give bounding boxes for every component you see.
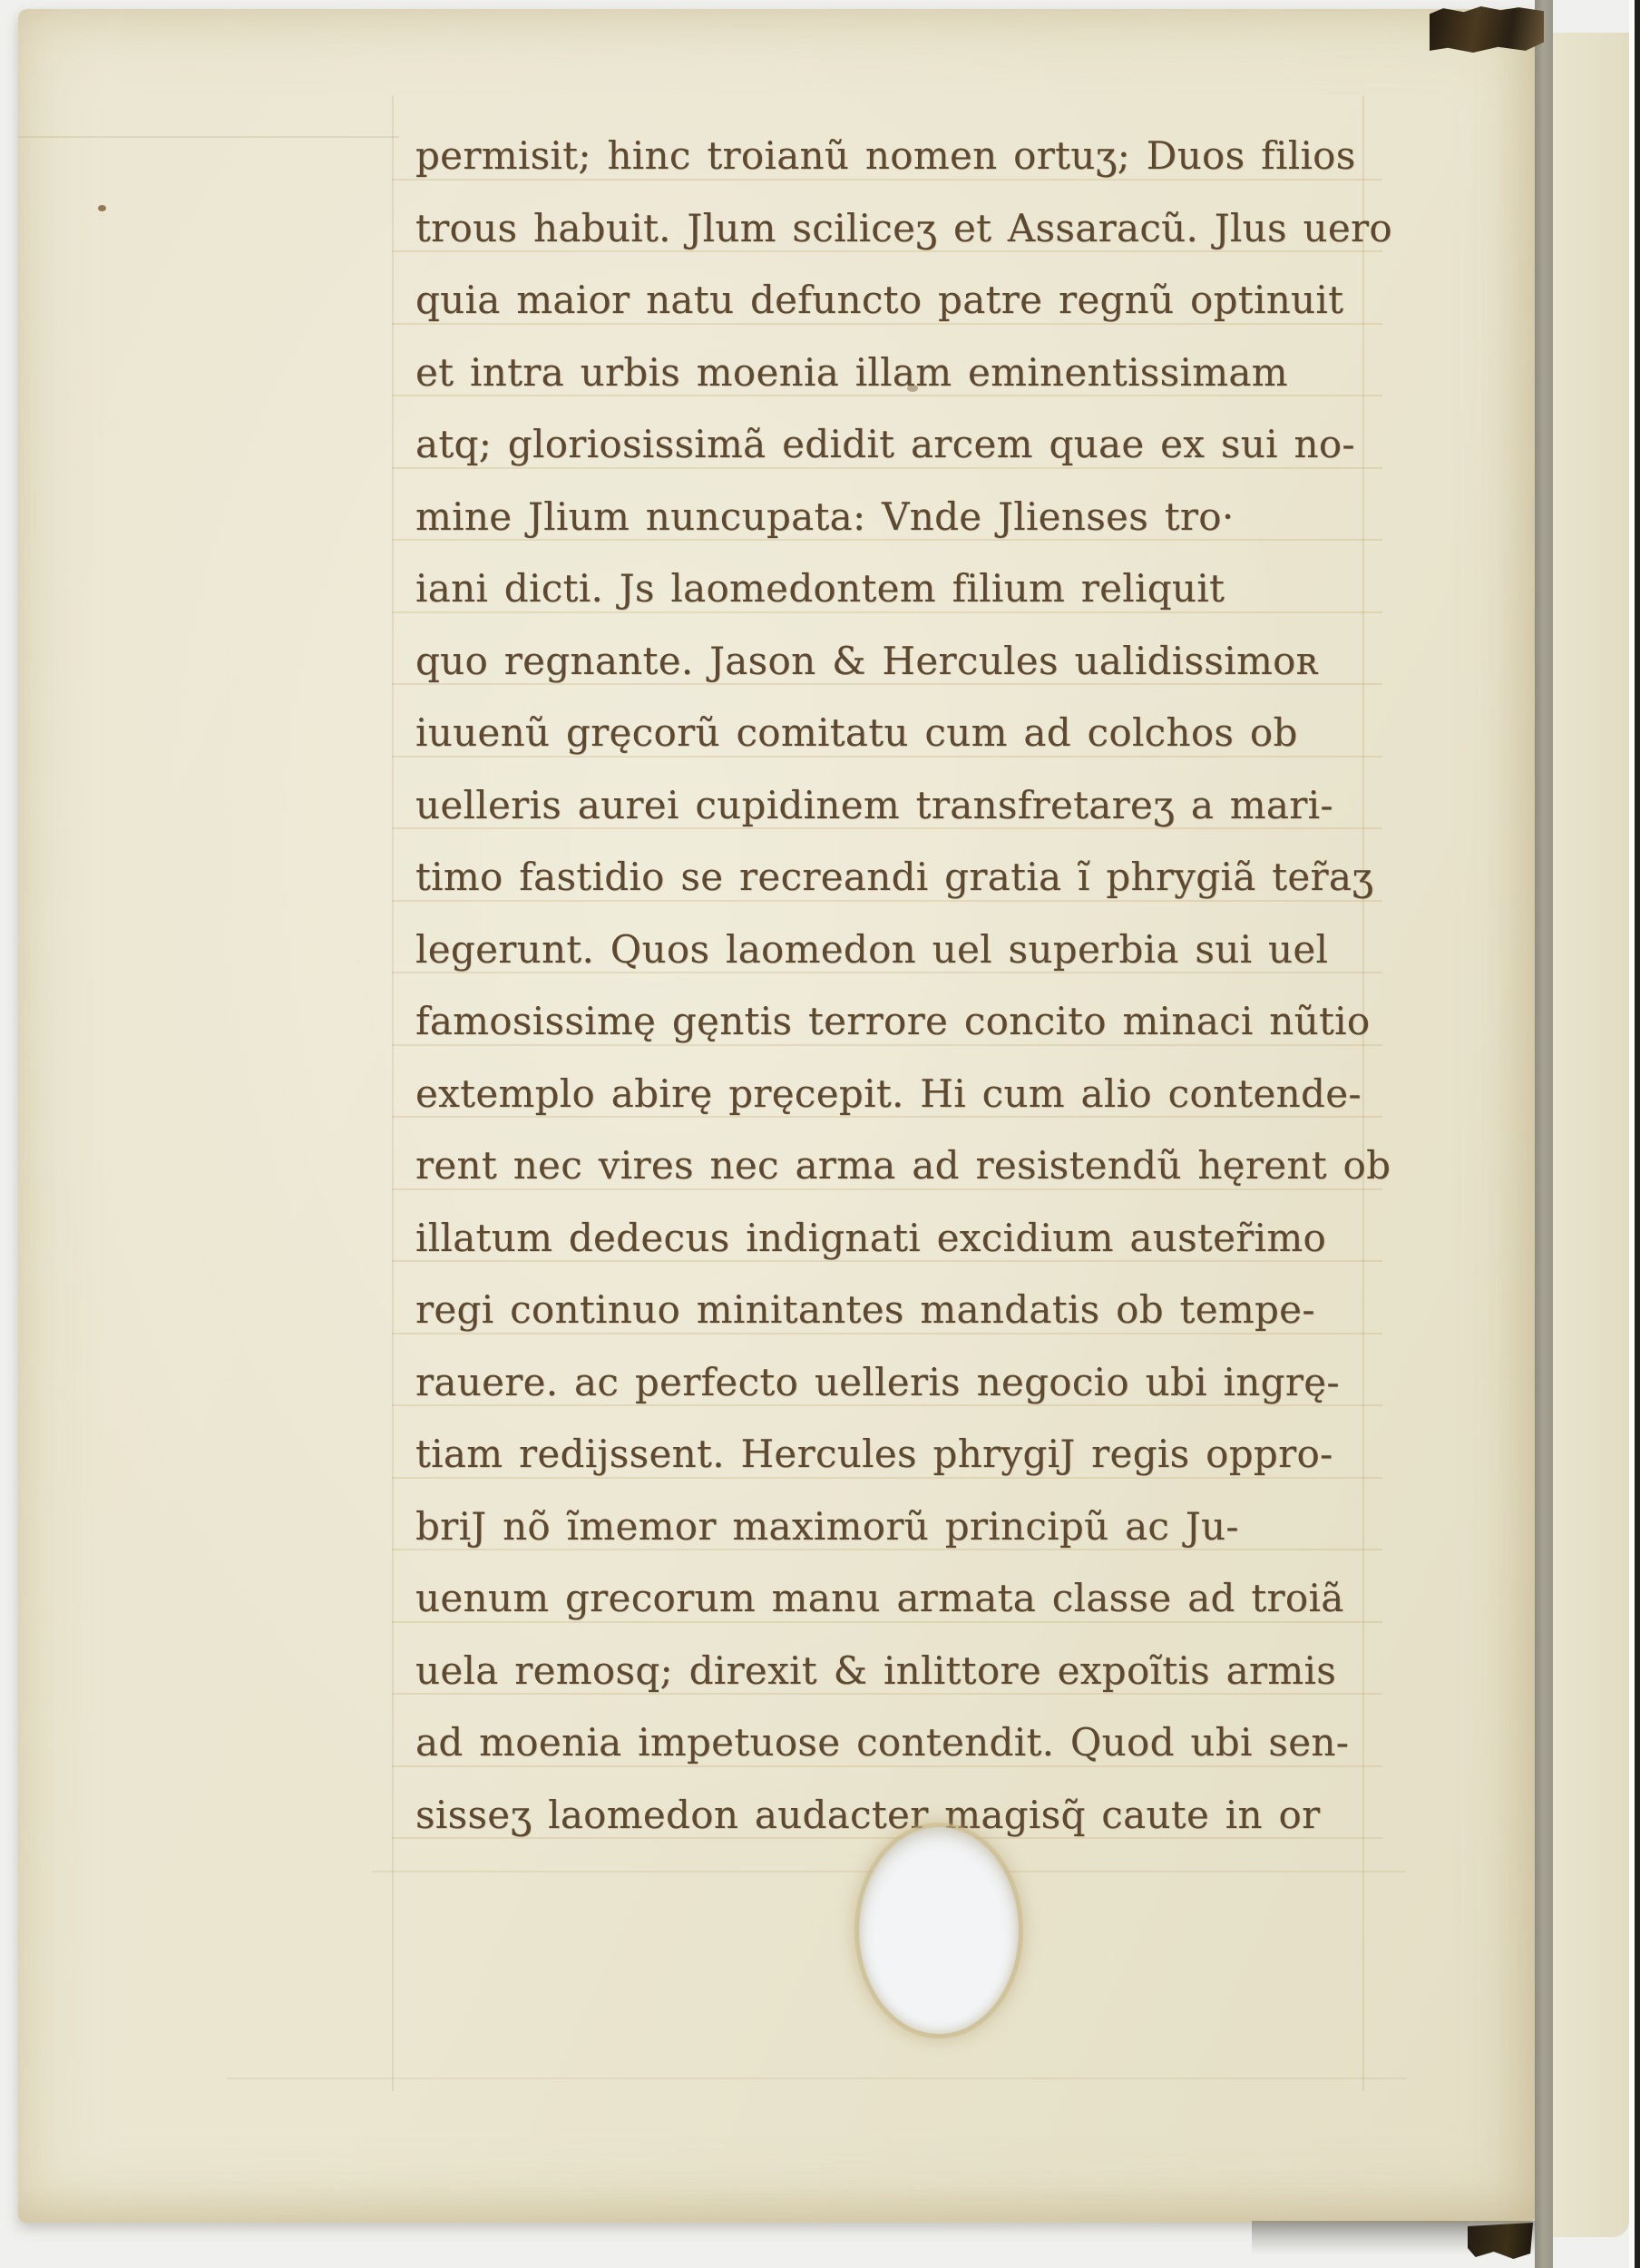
text-line: quia maior natu defuncto patre regnũ opt… <box>415 264 1391 337</box>
text-line: quo regnante. Jason & Hercules ualidissi… <box>415 625 1391 698</box>
ink-speck <box>98 205 106 211</box>
text-line: timo fastidio se recreandi gratia ĩ phry… <box>415 841 1391 914</box>
text-line: briJ nõ ĩmemor maximorũ principũ ac Ju- <box>415 1491 1391 1563</box>
text-line: mine Jlium nuncupata: Vnde Jlienses tro· <box>415 481 1391 553</box>
text-line: permisit; hinc troianũ nomen ortuʒ; Duos… <box>415 120 1391 192</box>
manuscript-page: permisit; hinc troianũ nomen ortuʒ; Duos… <box>18 9 1538 2223</box>
text-line: rauere. ac perfecto uelleris negocio ubi… <box>415 1346 1391 1419</box>
text-line: uelleris aurei cupidinem transfretareʒ a… <box>415 769 1391 842</box>
book-fore-edge <box>1535 0 1553 2268</box>
adjacent-leaf-edge <box>1553 33 1629 2237</box>
text-line: tiam redijssent. Hercules phrygiJ regis … <box>415 1418 1391 1491</box>
ruling-horizontal-bottom <box>227 2077 1406 2079</box>
ruling-horizontal-top <box>18 136 399 138</box>
text-line: legerunt. Quos laomedon uel superbia sui… <box>415 914 1391 986</box>
text-line: atq; gloriosissimã edidit arcem quae ex … <box>415 408 1391 481</box>
text-line: regi continuo minitantes mandatis ob tem… <box>415 1274 1391 1346</box>
text-line: famosissimę gęntis terrore concito minac… <box>415 985 1391 1058</box>
text-line: trous habuit. Jlum sciliceʒ et Assaracũ.… <box>415 192 1391 265</box>
text-line: uenum grecorum manu armata classe ad tro… <box>415 1562 1391 1635</box>
binding-fragment-top <box>1430 5 1544 53</box>
text-line: iani dicti. Js laomedontem filium reliqu… <box>415 552 1391 625</box>
text-line: rent nec vires nec arma ad resistendũ hę… <box>415 1129 1391 1202</box>
text-block: permisit; hinc troianũ nomen ortuʒ; Duos… <box>415 120 1391 1851</box>
text-line: ad moenia impetuose contendit. Quod ubi … <box>415 1706 1391 1779</box>
binding-fragment-bottom <box>1468 2223 1533 2259</box>
photo-edge-dark <box>1635 0 1640 2268</box>
text-line: iuuenũ gręcorũ comitatu cum ad colchos o… <box>415 697 1391 769</box>
ink-speck <box>907 385 918 392</box>
text-line: extemplo abirę pręcepit. Hi cum alio con… <box>415 1058 1391 1130</box>
parchment-hole <box>859 1827 1019 2034</box>
photograph: permisit; hinc troianũ nomen ortuʒ; Duos… <box>0 0 1640 2268</box>
text-line: uela remosq; direxit & inlittore expoĩti… <box>415 1635 1391 1707</box>
text-line: illatum dedecus indignati excidium auste… <box>415 1202 1391 1275</box>
text-line: et intra urbis moenia illam eminentissim… <box>415 337 1391 409</box>
